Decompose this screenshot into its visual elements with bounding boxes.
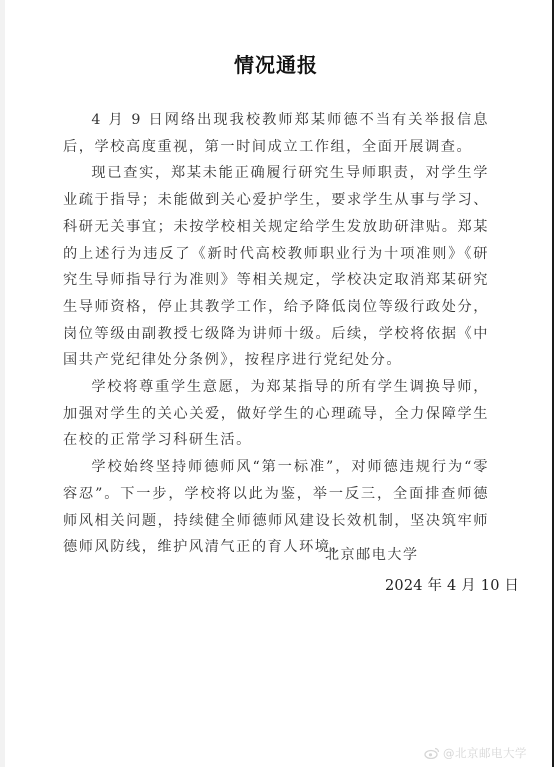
- weibo-watermark: @北京邮电大学: [424, 745, 527, 761]
- paragraph-1: 4 月 9 日网络出现我校教师郑某师德不当有关举报信息后，学校高度重视，第一时间…: [63, 107, 489, 160]
- paragraph-4: 学校始终坚持师德师风“第一标准”，对师德违规行为“零容忍”。下一步，学校将以此为…: [63, 454, 489, 561]
- issue-date: 2024 年 4 月 10 日: [385, 576, 519, 596]
- page-left-edge: [0, 0, 5, 767]
- document-body: 4 月 9 日网络出现我校教师郑某师德不当有关举报信息后，学校高度重视，第一时间…: [63, 107, 489, 561]
- watermark-text: @北京邮电大学: [443, 745, 527, 761]
- weibo-icon: [424, 747, 440, 759]
- issuer-signature: 北京邮电大学: [325, 545, 419, 565]
- paragraph-3: 学校将尊重学生意愿，为郑某指导的所有学生调换导师，加强对学生的关心关爱，做好学生…: [63, 374, 489, 454]
- paragraph-2: 现已查实，郑某未能正确履行研究生导师职责，对学生学业疏于指导；未能做到关心爱护学…: [63, 160, 489, 374]
- document-title: 情况通报: [63, 52, 489, 78]
